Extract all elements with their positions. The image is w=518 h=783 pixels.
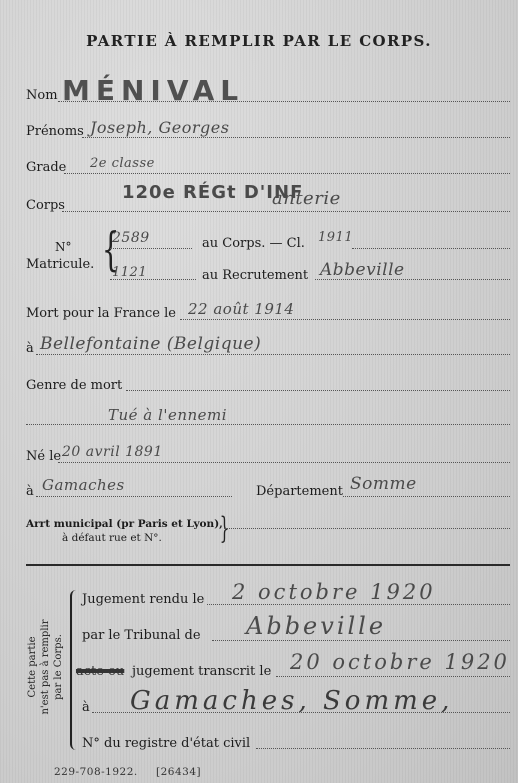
transcrit-line <box>276 676 510 677</box>
arrondissement-label-1: Arrt municipal (pr Paris et Lyon), <box>26 518 223 530</box>
side-note-line-3: par le Corps. <box>52 592 65 742</box>
registre-label: N° du registre d'état civil <box>82 736 250 751</box>
transcrit-value: 20 octobre 1920 <box>290 650 510 674</box>
departement-line <box>343 496 510 497</box>
recrutement-value: Abbeville <box>320 260 405 280</box>
naissance-label: Né le <box>26 449 61 464</box>
naissance-line <box>58 462 510 463</box>
jugement-side-note: Cette partie n'est pas à remplir par le … <box>26 592 65 742</box>
matricule-recrutement-line <box>110 279 196 280</box>
lieu-naissance-value: Gamaches <box>42 476 125 494</box>
genre-mort-value: Tué à l'ennemi <box>108 406 227 424</box>
genre-mort-label: Genre de mort <box>26 378 122 393</box>
genre-mort-line <box>126 390 510 391</box>
side-note-line-1: Cette partie <box>26 592 39 742</box>
tribunal-label: par le Tribunal de <box>82 628 201 643</box>
matricule-corps-label: au Corps. — Cl. <box>202 236 305 251</box>
corps-label: Corps <box>26 198 65 213</box>
matricule-recrutement-number: 1121 <box>112 265 147 280</box>
jugement-rendu-value: 2 octobre 1920 <box>232 580 436 604</box>
matricule-corps-number: 2589 <box>112 230 150 246</box>
lieu-mort-value: Bellefontaine (Belgique) <box>40 334 261 354</box>
grade-value: 2e classe <box>90 156 155 171</box>
lieu-mort-line <box>36 354 510 355</box>
tribunal-line <box>212 640 510 641</box>
jugement-rendu-line <box>207 604 510 605</box>
departement-value: Somme <box>350 474 417 494</box>
departement-label: Département <box>256 484 343 499</box>
grade-line <box>64 173 510 174</box>
matricule-label: Matricule. <box>26 257 94 272</box>
arrondissement-line <box>224 528 510 529</box>
transcrit-struck-text: acte ou <box>76 664 124 679</box>
print-code: 229-708-1922. <box>54 766 138 778</box>
prenoms-value: Joseph, Georges <box>90 118 229 137</box>
prenoms-line <box>82 137 510 138</box>
corps-line <box>62 211 510 212</box>
classe-value: 1911 <box>318 230 353 245</box>
transcrit-label: jugement transcrit le <box>132 664 271 679</box>
registre-line <box>256 748 510 749</box>
grade-label: Grade <box>26 160 66 175</box>
lieu-mort-label: à <box>26 341 34 356</box>
matricule-corps-line <box>110 248 192 249</box>
tribunal-value: Abbeville <box>246 612 386 640</box>
side-note-line-2: n'est pas à remplir <box>39 592 52 742</box>
jugement-lieu-value: Gamaches, Somme, <box>130 686 453 716</box>
nom-label: Nom <box>26 88 58 103</box>
print-reference: [26434] <box>156 766 201 778</box>
recrutement-label: au Recrutement <box>202 268 308 283</box>
prenoms-label: Prénoms <box>26 124 84 139</box>
nom-value: MÉNIVAL <box>62 74 244 107</box>
death-record-card: PARTIE À REMPLIR PAR LE CORPS. Nom MÉNIV… <box>0 0 518 783</box>
lieu-naissance-line <box>36 496 232 497</box>
jugement-rendu-label: Jugement rendu le <box>82 592 204 607</box>
lieu-naissance-label: à <box>26 484 34 499</box>
mort-line <box>180 319 510 320</box>
arrondissement-brace: } <box>220 514 230 544</box>
section-divider <box>26 564 510 566</box>
jugement-lieu-label: à <box>82 700 90 715</box>
classe-line <box>352 248 510 249</box>
corps-value-suffix: anterie <box>272 188 341 209</box>
arrondissement-label-2: à défaut rue et N°. <box>62 532 162 544</box>
mort-value: 22 août 1914 <box>188 300 294 318</box>
genre-mort-line-2 <box>26 424 510 425</box>
mort-label: Mort pour la France le <box>26 306 176 321</box>
naissance-value: 20 avril 1891 <box>62 444 163 460</box>
page-title: PARTIE À REMPLIR PAR LE CORPS. <box>0 32 518 50</box>
matricule-no-label: N° <box>55 240 72 254</box>
